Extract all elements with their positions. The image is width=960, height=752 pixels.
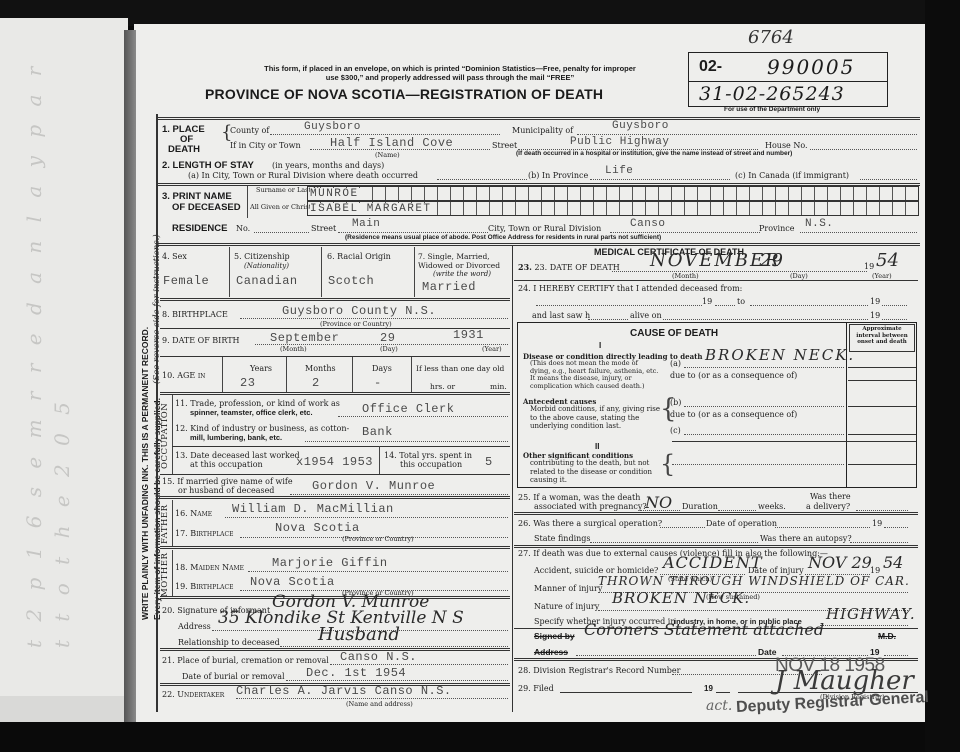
- cause-heading: CAUSE OF DEATH: [630, 328, 718, 339]
- stay-province-line: [590, 179, 730, 180]
- pregnancy-label-2: associated with pregnancy?: [534, 502, 647, 511]
- date-of-death-day: 29: [760, 250, 783, 271]
- cause-a-value: BROKEN NECK.: [705, 346, 855, 364]
- attended-from-year-line: [715, 305, 735, 306]
- mother-maiden-value: Marjorie Giffin: [272, 556, 388, 570]
- weeks-label: weeks.: [758, 502, 786, 511]
- injury-date-value: NOV 29: [808, 553, 872, 572]
- last-worked-label-2: at this occupation: [190, 460, 263, 469]
- antecedent-note: Morbid conditions, if any, giving rise t…: [530, 405, 660, 431]
- undertaker-value: Charles A. Jarvis Canso N.S.: [236, 684, 452, 698]
- autopsy-label: Was there an autopsy?: [760, 534, 852, 543]
- residence-street-label: Street: [311, 224, 336, 233]
- racial-origin-value: Scotch: [328, 274, 374, 288]
- dob-year-caption: (Year): [482, 345, 502, 353]
- birthplace-value: Guysboro County N.S.: [282, 304, 436, 318]
- delivery-label-2: a delivery?: [806, 502, 850, 511]
- mother-birthplace-label: 19. Birthplace: [175, 582, 234, 591]
- mail-notice-line-1: This form, if placed in an envelope, on …: [200, 64, 700, 73]
- trade-line: [338, 416, 508, 417]
- document-title: PROVINCE OF NOVA SCOTIA—REGISTRATION OF …: [205, 86, 635, 102]
- relationship-line: [280, 646, 508, 647]
- interval-line-c: [848, 434, 916, 435]
- county-value: Guysboro: [304, 121, 361, 133]
- direct-cause-note: (This does not mean the mode of dying, e…: [530, 360, 660, 390]
- industry-line: [305, 441, 508, 442]
- relationship-label: Relationship to deceased: [178, 638, 280, 647]
- father-birthplace-value: Nova Scotia: [275, 521, 360, 535]
- residence-province-line: [800, 232, 917, 233]
- scan-bottom-border: [0, 722, 960, 752]
- residence-label: RESIDENCE: [172, 223, 227, 234]
- findings-line: [590, 542, 758, 543]
- attended-to-year-line: [882, 305, 907, 306]
- age-divider-1: [222, 357, 223, 393]
- delivery-label-1: Was there: [810, 492, 851, 501]
- relationship-value: Husband: [318, 624, 400, 645]
- operation-19: 19: [872, 519, 882, 528]
- filed-19: 19: [704, 683, 713, 694]
- binding-edge: [124, 30, 136, 724]
- total-years-label-1: 14. Total yrs. spent in: [384, 451, 472, 460]
- date-of-death-year: 54: [876, 250, 899, 271]
- bleed-through-handwriting: t 2 p 1 6 s e m r r e d a n l a y p a r …: [20, 48, 110, 648]
- residence-no-label: No.: [236, 224, 250, 233]
- burial-place-label: 21. Place of burial, cremation or remova…: [162, 656, 329, 665]
- md-label: M.D.: [878, 631, 896, 642]
- sex-value: Female: [163, 274, 209, 288]
- rule-6: [160, 356, 510, 357]
- age-days-label: Days: [372, 364, 392, 373]
- name-label-2: OF DECEASED: [172, 202, 241, 213]
- length-of-stay-note: (in years, months and days): [272, 161, 384, 170]
- citizenship-value: Canadian: [236, 274, 298, 288]
- center-divider: [512, 246, 513, 712]
- total-years-value: 5: [485, 455, 493, 469]
- dob-day-caption: (Day): [380, 345, 398, 353]
- cause-a-line: [684, 367, 844, 368]
- trade-label-2: spinner, teamster, office clerk, etc.: [190, 408, 313, 417]
- interval-line-d: [848, 464, 916, 465]
- operation-line: [660, 527, 705, 528]
- surname-grid: MUNROE: [307, 186, 919, 201]
- date-of-death-month-caption: (Month): [672, 272, 699, 280]
- last-worked-value: x1954 1953: [296, 455, 373, 469]
- sign-date-label: Date: [758, 647, 776, 658]
- undertaker-line: [236, 698, 508, 699]
- informant-address-label: Address: [178, 622, 211, 631]
- last-worked-label-1: 13. Date deceased last worked: [175, 451, 300, 460]
- age-years-value: 23: [240, 376, 255, 390]
- alive-on-label: alive on: [630, 311, 662, 320]
- interval-header: Approximate interval between onset and d…: [849, 324, 915, 352]
- record-number-label: 28. Division Registrar's Record Number: [518, 666, 680, 675]
- father-divider: [172, 500, 173, 546]
- rule-9: [160, 496, 510, 499]
- surname-value: MUNROE: [310, 188, 361, 200]
- city-value: Half Island Cove: [330, 136, 453, 150]
- spouse-label-2: or husband of deceased: [178, 486, 274, 495]
- burial-date-value: Dec. 1st 1954: [306, 666, 406, 680]
- city-caption: (Name): [375, 151, 400, 159]
- spouse-value: Gordon V. Munroe: [312, 479, 435, 493]
- hospital-note: (If death occurred in a hospital or inst…: [516, 150, 792, 157]
- pregnancy-label-1: 25. If a woman, was the death: [518, 493, 640, 502]
- rule-r3: [514, 545, 918, 548]
- pregnancy-value: NO: [645, 493, 672, 512]
- father-name-line: [225, 517, 508, 518]
- residence-city-label: City, Town or Rural Division: [488, 224, 601, 233]
- manner-value: THROWN THROUGH WINDSHIELD OF CAR.: [598, 574, 910, 588]
- citizenship-label: 5. Citizenship: [234, 252, 290, 261]
- cause-part-1: I: [599, 340, 601, 351]
- acting-prefix: act.: [706, 698, 732, 714]
- manner-label: Manner of injury: [534, 584, 602, 593]
- department-box: 02- 990005 31-02-265243: [688, 52, 888, 107]
- signed-by-label: Signed by: [534, 631, 575, 642]
- father-birthplace-caption: (Province or Country): [342, 535, 414, 543]
- city-label: If in City or Town: [230, 141, 301, 150]
- marital-value: Married: [422, 280, 476, 294]
- age-less-than-day-label: If less than one day old: [416, 364, 504, 373]
- operation-date-label: Date of operation: [706, 519, 777, 528]
- house-no-line: [810, 149, 917, 150]
- stay-province-value: Life: [605, 165, 633, 177]
- mother-maiden-line: [248, 571, 508, 572]
- dob-month-caption: (Month): [280, 345, 307, 353]
- place-injury-value: HIGHWAY.: [826, 605, 916, 623]
- dob-label: 9. DATE OF BIRTH: [162, 336, 240, 345]
- findings-label: State findings: [534, 534, 591, 543]
- industry-value: Bank: [362, 425, 393, 439]
- date-of-death-day-caption: (Day): [790, 272, 808, 280]
- residence-street-line: [338, 232, 488, 233]
- place-injury-line: [820, 625, 908, 626]
- interval-line-a: [848, 367, 916, 368]
- date-of-death-label: 23. 23. DATE OF DEATH: [518, 262, 620, 272]
- filed-year-line: [716, 692, 730, 693]
- top-rule: [156, 117, 920, 120]
- age-hrs-label: hrs. or: [430, 382, 455, 391]
- street-label: Street: [492, 141, 517, 150]
- last-saw-label: and last saw h: [532, 311, 590, 320]
- duration-line: [718, 510, 756, 511]
- handwritten-number: 6764: [748, 27, 794, 48]
- divider-4-5: [229, 247, 230, 297]
- injury-year-value: 54: [883, 553, 903, 572]
- delivery-line: [856, 510, 908, 511]
- birthplace-caption: (Province or Country): [320, 320, 392, 328]
- burial-place-line: [330, 664, 508, 665]
- municipality-line: [577, 134, 917, 135]
- stay-canada-label: (c) In Canada (if immigrant): [735, 171, 849, 180]
- residence-province-value: N.S.: [805, 218, 833, 230]
- attended-to-line: [750, 305, 868, 306]
- occupation-divider: [172, 395, 173, 475]
- mother-divider: [172, 550, 173, 596]
- cause-c-label: (c): [670, 426, 681, 435]
- marital-label-2: Widowed or Divorced: [418, 261, 500, 270]
- age-days-value: -: [374, 376, 382, 390]
- father-side-label: FATHER: [160, 502, 172, 547]
- nature-value: BROKEN NECK.: [612, 589, 750, 607]
- place-of-death-label-3: DEATH: [168, 144, 200, 155]
- sign-year-line: [884, 655, 908, 656]
- rule-4: [160, 298, 510, 301]
- divider-6-7: [414, 247, 415, 297]
- filed-label: 29. Filed: [518, 684, 554, 693]
- mail-notice: This form, if placed in an envelope, on …: [200, 64, 700, 82]
- cause-c-line: [684, 434, 844, 435]
- age-years-label: Years: [250, 364, 272, 373]
- nature-label: Nature of injury: [534, 602, 599, 611]
- operation-label: 26. Was there a surgical operation?: [518, 519, 662, 528]
- mother-side-label: MOTHER: [160, 552, 172, 597]
- marital-label-1: 7. Single, Married,: [418, 252, 490, 261]
- stay-city-label: (a) In City, Town or Rural Division wher…: [188, 171, 418, 180]
- burial-date-label: Date of burial or removal: [182, 672, 285, 681]
- rule-r2: [514, 512, 918, 515]
- rule-8: [160, 474, 510, 475]
- interval-line-a2: [848, 380, 916, 381]
- racial-origin-label: 6. Racial Origin: [327, 252, 391, 261]
- county-label: County of: [230, 126, 269, 135]
- stay-province-label: (b) In Province: [528, 171, 588, 180]
- dob-year: 1931: [453, 328, 484, 342]
- mother-maiden-label: 18. Maiden Name: [175, 563, 244, 572]
- age-divider-4: [411, 357, 412, 393]
- alive-on-19: 19: [870, 311, 880, 320]
- rule-r1: [514, 280, 918, 281]
- residence-note: (Residence means usual place of abode. P…: [345, 234, 661, 241]
- occ-divider-13-14: [379, 446, 380, 474]
- name-label-1: 3. PRINT NAME: [162, 191, 232, 202]
- alive-on-year-line: [882, 319, 907, 320]
- marital-label-3: (write the word): [433, 270, 491, 278]
- municipality-value: Guysboro: [612, 120, 669, 132]
- spouse-label-1: 15. If married give name of wife: [162, 477, 293, 486]
- interval-line-b: [848, 406, 916, 407]
- undertaker-label: 22. Undertaker: [162, 690, 224, 699]
- operation-date-line: [775, 527, 870, 528]
- county-line: [270, 134, 500, 135]
- operation-year-line: [884, 527, 908, 528]
- due-to-label-1: due to (or as a consequence of): [670, 371, 797, 380]
- rule-12: [160, 648, 510, 651]
- age-label: 10. AGE in: [162, 371, 205, 380]
- industry-label-1: 12. Kind of industry or business, as cot…: [175, 424, 349, 433]
- stay-canada-line: [860, 179, 917, 180]
- divider-5-6: [321, 247, 322, 297]
- alive-on-line: [663, 319, 868, 320]
- rule-10: [160, 546, 510, 549]
- attended-from-19: 19: [702, 297, 712, 306]
- due-to-label-2: due to (or as a consequence of): [670, 410, 797, 419]
- side-instruction-line-1: WRITE PLAINLY WITH UNFADING INK. THIS IS…: [140, 160, 150, 620]
- rule-3: [156, 243, 920, 246]
- duration-label: Duration: [682, 502, 718, 511]
- last-saw-line: [588, 319, 628, 320]
- burial-place-value: Canso N.S.: [340, 650, 417, 664]
- father-name-label: 16. Name: [175, 509, 212, 518]
- rule-occ: [172, 446, 510, 447]
- residence-no-line: [254, 232, 309, 233]
- mail-notice-line-2: use $300,” and properly addressed will p…: [200, 73, 700, 82]
- autopsy-line: [850, 542, 908, 543]
- sex-label: 4. Sex: [162, 252, 187, 261]
- age-divider-3: [352, 357, 353, 393]
- other-line-1: [672, 464, 844, 465]
- burial-date-line: [286, 680, 508, 681]
- rule-cause-2: [672, 441, 916, 442]
- residence-street-value: Main: [352, 218, 380, 230]
- house-no-label: House No.: [765, 141, 808, 150]
- scan-right-border: [925, 0, 960, 752]
- given-names-value: ISABEL MARGARET: [310, 203, 434, 215]
- length-of-stay-label: 2. LENGTH OF STAY: [162, 160, 254, 171]
- rule-7: [160, 392, 510, 395]
- residence-city-line: [610, 232, 760, 233]
- sign-address-label: Address: [534, 647, 568, 658]
- cause-b-label: (b): [670, 398, 681, 407]
- municipality-label: Municipality of: [512, 126, 573, 135]
- trade-label-1: 11. Trade, profession, or kind of work a…: [175, 399, 340, 408]
- filed-line: [560, 692, 692, 693]
- dob-day: 29: [380, 331, 395, 345]
- spouse-line: [290, 494, 508, 495]
- date-of-death-year-prefix: 19: [864, 262, 874, 271]
- certify-label: 24. I HEREBY CERTIFY that I attended dec…: [518, 284, 742, 293]
- cause-b-line: [684, 406, 844, 407]
- mother-birthplace-value: Nova Scotia: [250, 575, 335, 589]
- department-number-2: 31-02-265243: [699, 83, 845, 105]
- age-months-value: 2: [312, 376, 320, 390]
- industry-label-2: mill, lumbering, bank, etc.: [190, 433, 282, 442]
- birthplace-label: 8. BIRTHPLACE: [162, 310, 228, 319]
- father-birthplace-label: 17. Birthplace: [175, 529, 234, 538]
- department-number: 990005: [767, 55, 855, 79]
- attended-to-label: to: [737, 297, 745, 306]
- age-months-label: Months: [305, 364, 336, 373]
- occupation-side-label: OCCUPATION: [160, 398, 172, 473]
- attended-from-line: [536, 305, 702, 306]
- street-value: Public Highway: [570, 136, 669, 148]
- given-names-grid: ISABEL MARGARET: [307, 201, 919, 216]
- left-folded-flap: t 2 p 1 6 s e m r r e d a n l a y p a r …: [0, 18, 128, 696]
- attended-to-19: 19: [870, 297, 880, 306]
- age-divider-2: [286, 357, 287, 393]
- stay-city-line: [437, 179, 527, 180]
- date-of-death-line: [612, 271, 867, 272]
- name-divider: [247, 186, 248, 218]
- undertaker-caption: (Name and address): [346, 700, 413, 708]
- dob-month: September: [270, 331, 339, 345]
- other-conditions-note: contributing to the death, but not relat…: [530, 459, 660, 485]
- total-years-label-2: this occupation: [400, 460, 462, 469]
- citizenship-sublabel: (Nationality): [244, 262, 289, 270]
- birthplace-line: [240, 318, 508, 319]
- department-prefix: 02-: [699, 58, 722, 76]
- scan-top-border: [0, 0, 960, 26]
- age-min-label: min.: [490, 382, 507, 391]
- residence-province-label: Province: [759, 224, 794, 233]
- department-note: For use of the Department only: [724, 106, 820, 113]
- residence-city-value: Canso: [630, 218, 666, 230]
- date-of-death-year-caption: (Year): [872, 272, 892, 280]
- trade-value: Office Clerk: [362, 402, 454, 416]
- signed-by-value: Coroners Statement attached: [584, 620, 824, 639]
- cause-a-label: (a): [670, 359, 681, 368]
- father-name-value: William D. MacMillian: [232, 502, 394, 516]
- flap-bottom-edge: [0, 696, 128, 724]
- sign-address-line: [576, 655, 756, 656]
